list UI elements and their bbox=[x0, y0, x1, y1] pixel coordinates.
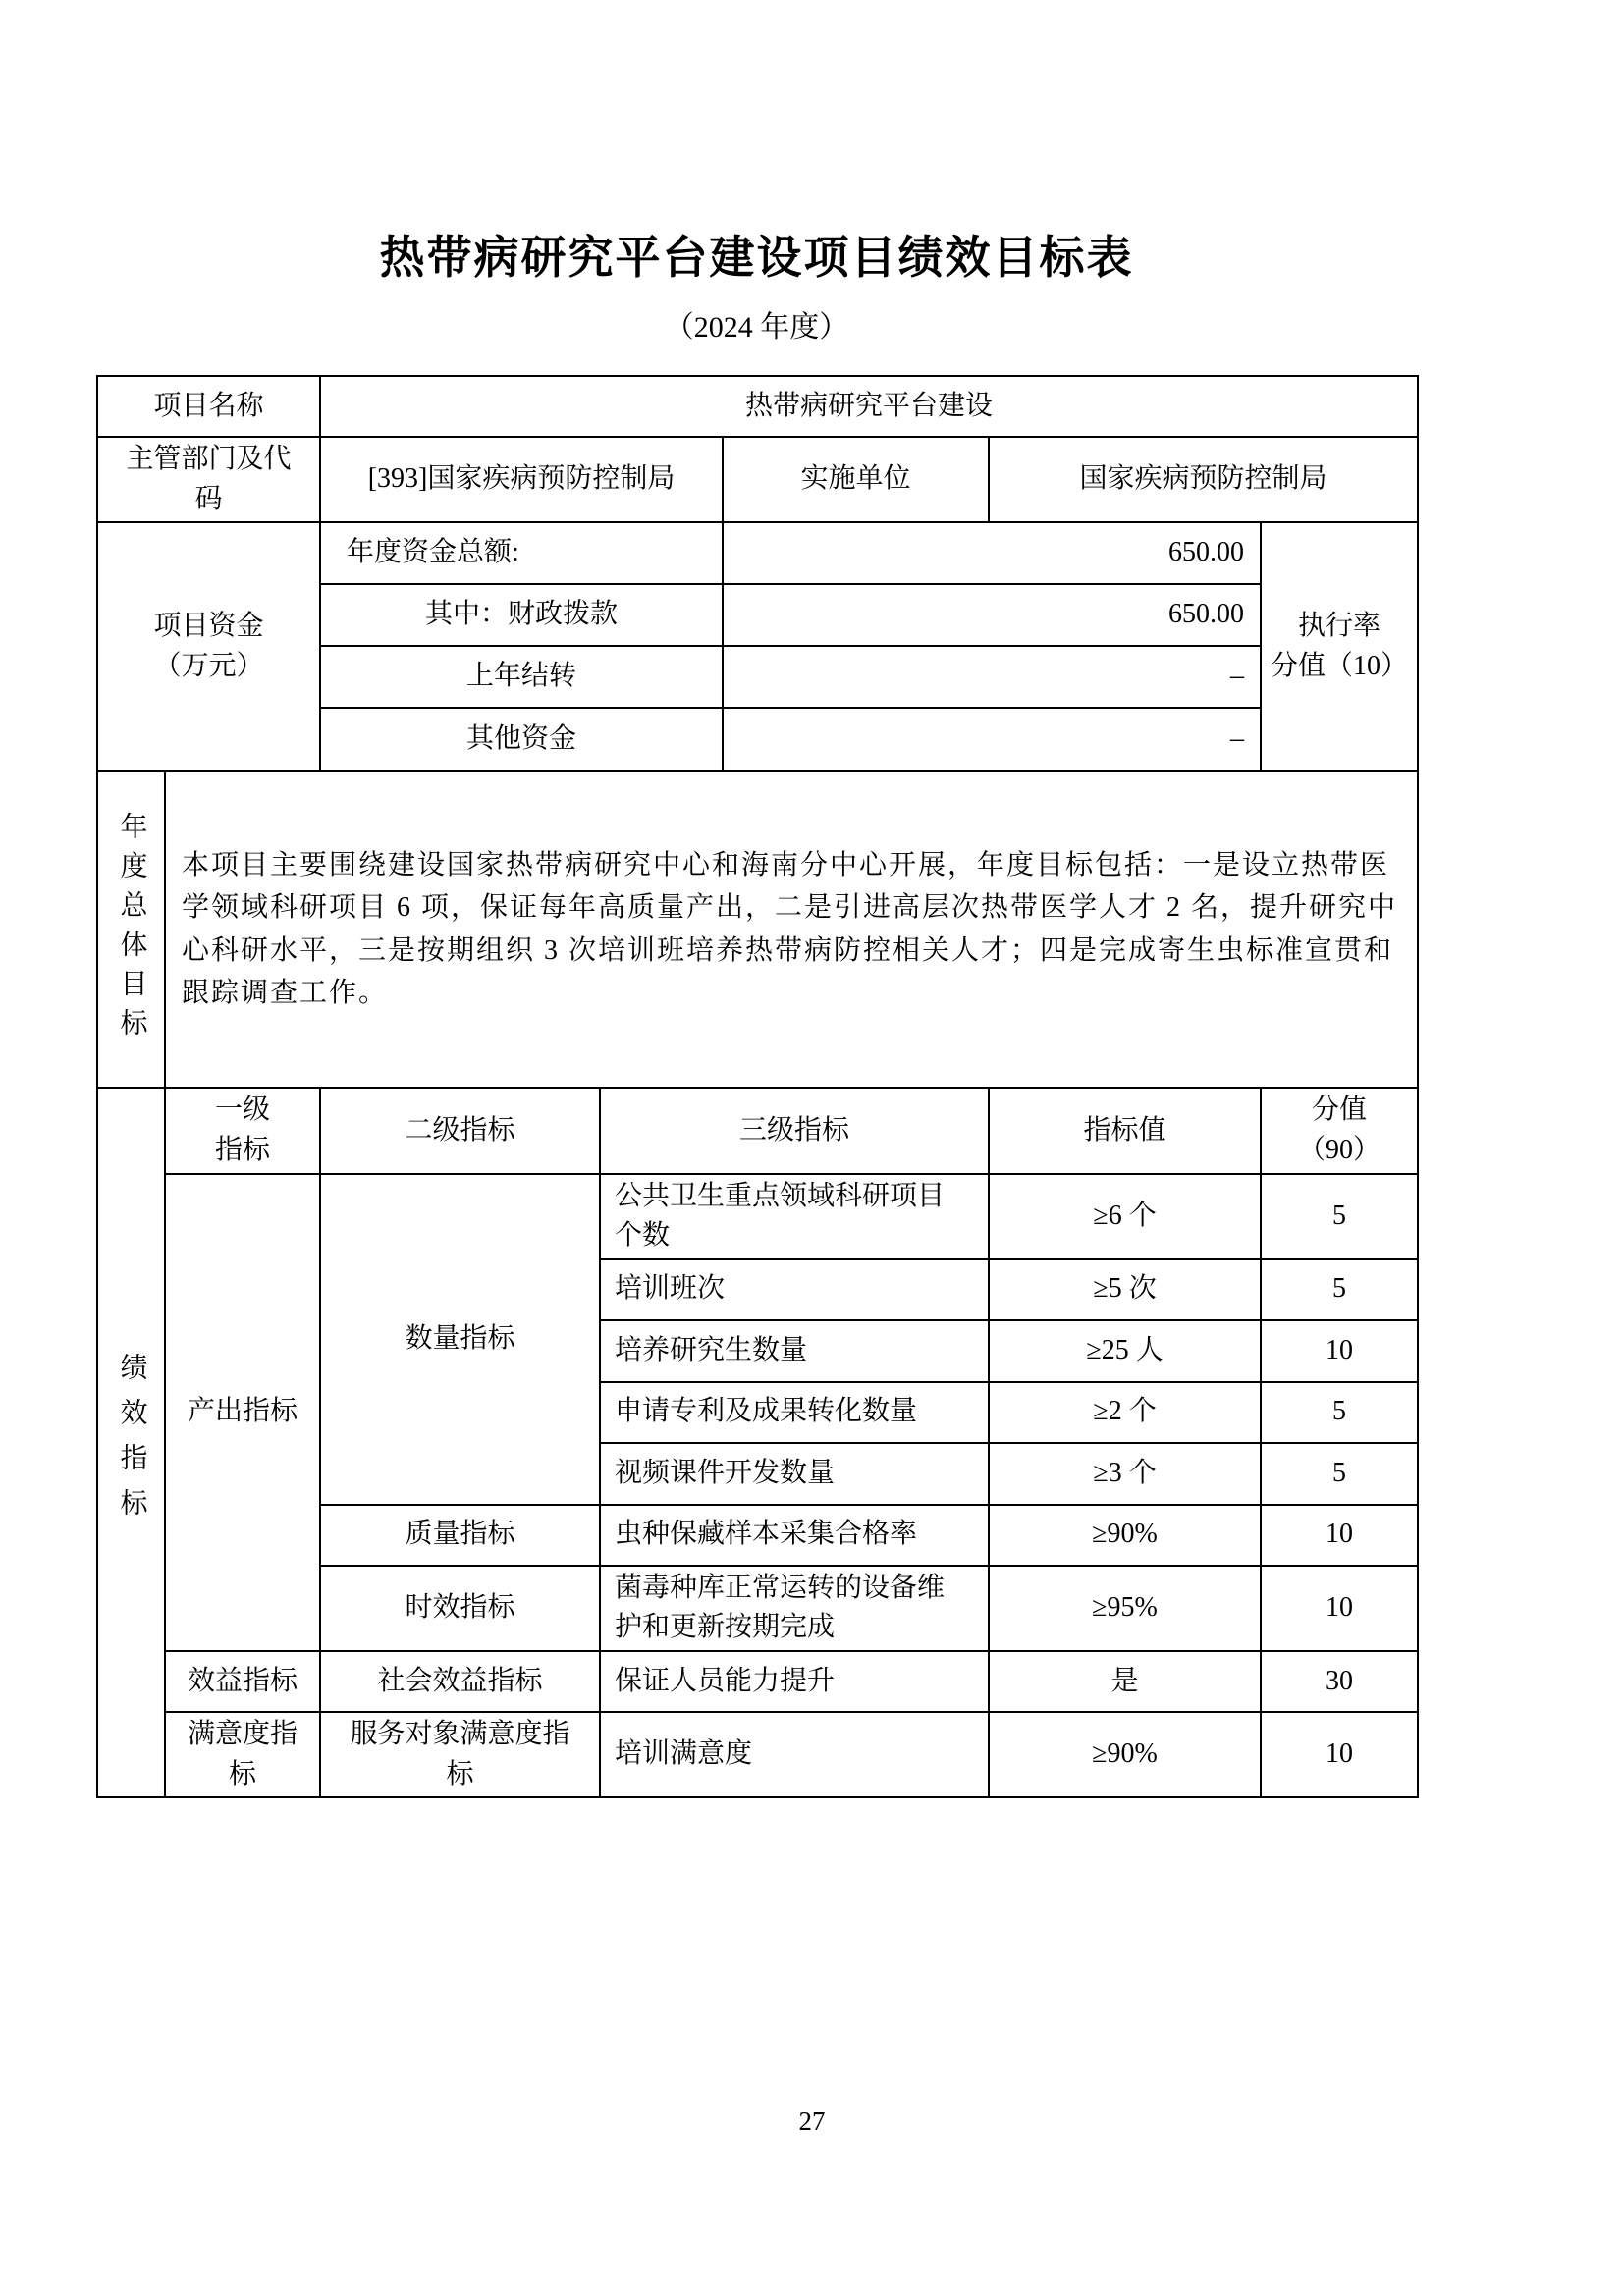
indicator-value: 是 bbox=[989, 1651, 1261, 1712]
level2-service-satisfaction-label: 服务对象满意度指 标 bbox=[320, 1712, 600, 1797]
page-number: 27 bbox=[0, 2107, 1624, 2137]
indicator-name: 虫种保藏样本采集合格率 bbox=[600, 1505, 989, 1566]
indicator-score: 5 bbox=[1261, 1259, 1418, 1320]
page-subtitle: （2024 年度） bbox=[96, 302, 1417, 346]
indicator-value: ≥90% bbox=[989, 1505, 1261, 1566]
indicator-value: ≥95% bbox=[989, 1566, 1261, 1651]
indicator-name: 公共卫生重点领域科研项目 个数 bbox=[600, 1174, 989, 1259]
table-row: 主管部门及代 码 [393]国家疾病预防控制局 实施单位 国家疾病预防控制局 bbox=[97, 437, 1418, 522]
header-level3: 三级指标 bbox=[600, 1088, 989, 1173]
indicator-score: 10 bbox=[1261, 1320, 1418, 1382]
indicator-score: 5 bbox=[1261, 1174, 1418, 1259]
table-row: 年度总体目标 本项目主要围绕建设国家热带病研究中心和海南分中心开展，年度目标包括… bbox=[97, 771, 1418, 1088]
indicator-score: 10 bbox=[1261, 1712, 1418, 1797]
funding-other-value: – bbox=[723, 708, 1261, 771]
level1-satisfaction-label: 满意度指 标 bbox=[165, 1712, 320, 1797]
header-score: 分值 （90） bbox=[1261, 1088, 1418, 1173]
indicator-score: 5 bbox=[1261, 1382, 1418, 1443]
project-name-label: 项目名称 bbox=[97, 376, 320, 437]
indicator-name: 培训满意度 bbox=[600, 1712, 989, 1797]
indicator-row: 效益指标 社会效益指标 保证人员能力提升 是 30 bbox=[97, 1651, 1418, 1712]
funding-carryover-value: – bbox=[723, 646, 1261, 708]
performance-section-label: 绩效指标 bbox=[118, 1353, 145, 1533]
indicator-row: 产出指标 数量指标 公共卫生重点领域科研项目 个数 ≥6 个 5 bbox=[97, 1174, 1418, 1259]
table-row: 项目名称 热带病研究平台建设 bbox=[97, 376, 1418, 437]
project-name-value: 热带病研究平台建设 bbox=[320, 376, 1418, 437]
funding-fiscal-label: 其中：财政拨款 bbox=[320, 584, 723, 646]
indicator-score: 10 bbox=[1261, 1505, 1418, 1566]
funding-carryover-label: 上年结转 bbox=[320, 646, 723, 708]
indicator-score: 5 bbox=[1261, 1443, 1418, 1505]
indicator-name: 菌毒种库正常运转的设备维 护和更新按期完成 bbox=[600, 1566, 989, 1651]
implementing-unit-label: 实施单位 bbox=[723, 437, 989, 522]
funding-fiscal-value: 650.00 bbox=[723, 584, 1261, 646]
indicator-value: ≥6 个 bbox=[989, 1174, 1261, 1259]
page-title: 热带病研究平台建设项目绩效目标表 bbox=[96, 222, 1417, 287]
level2-quantity-label: 数量指标 bbox=[320, 1174, 600, 1505]
level1-output-label: 产出指标 bbox=[165, 1174, 320, 1651]
indicator-name: 培训班次 bbox=[600, 1259, 989, 1320]
indicator-value: ≥90% bbox=[989, 1712, 1261, 1797]
indicator-value: ≥25 人 bbox=[989, 1320, 1261, 1382]
header-level1: 一级 指标 bbox=[165, 1088, 320, 1173]
indicator-score: 10 bbox=[1261, 1566, 1418, 1651]
annual-goal-label: 年度总体目标 bbox=[118, 812, 145, 1047]
indicator-value: ≥5 次 bbox=[989, 1259, 1261, 1320]
indicator-name: 视频课件开发数量 bbox=[600, 1443, 989, 1505]
funding-other-label: 其他资金 bbox=[320, 708, 723, 771]
level2-quality-label: 质量指标 bbox=[320, 1505, 600, 1566]
indicator-value: ≥3 个 bbox=[989, 1443, 1261, 1505]
level1-benefit-label: 效益指标 bbox=[165, 1651, 320, 1712]
implementing-unit-value: 国家疾病预防控制局 bbox=[989, 437, 1418, 522]
performance-section-label-cell: 绩效指标 bbox=[97, 1088, 165, 1797]
annual-goal-text: 本项目主要围绕建设国家热带病研究中心和海南分中心开展，年度目标包括：一是设立热带… bbox=[165, 771, 1418, 1088]
performance-target-table: 项目名称 热带病研究平台建设 主管部门及代 码 [393]国家疾病预防控制局 实… bbox=[96, 375, 1419, 1798]
project-funding-label: 项目资金 （万元） bbox=[97, 522, 320, 771]
header-level2: 二级指标 bbox=[320, 1088, 600, 1173]
table-row: 绩效指标 一级 指标 二级指标 三级指标 指标值 分值 （90） bbox=[97, 1088, 1418, 1173]
level2-timeliness-label: 时效指标 bbox=[320, 1566, 600, 1651]
department-value: [393]国家疾病预防控制局 bbox=[320, 437, 723, 522]
execution-rate-score-label: 执行率 分值（10） bbox=[1261, 522, 1418, 771]
annual-goal-label-cell: 年度总体目标 bbox=[97, 771, 165, 1088]
funding-total-value: 650.00 bbox=[723, 522, 1261, 584]
indicator-row: 满意度指 标 服务对象满意度指 标 培训满意度 ≥90% 10 bbox=[97, 1712, 1418, 1797]
level2-social-benefit-label: 社会效益指标 bbox=[320, 1651, 600, 1712]
header-value: 指标值 bbox=[989, 1088, 1261, 1173]
department-label: 主管部门及代 码 bbox=[97, 437, 320, 522]
indicator-name: 保证人员能力提升 bbox=[600, 1651, 989, 1712]
indicator-score: 30 bbox=[1261, 1651, 1418, 1712]
indicator-name: 培养研究生数量 bbox=[600, 1320, 989, 1382]
indicator-name: 申请专利及成果转化数量 bbox=[600, 1382, 989, 1443]
indicator-value: ≥2 个 bbox=[989, 1382, 1261, 1443]
funding-total-label: 年度资金总额: bbox=[320, 522, 723, 584]
table-row: 项目资金 （万元） 年度资金总额: 650.00 执行率 分值（10） bbox=[97, 522, 1418, 584]
